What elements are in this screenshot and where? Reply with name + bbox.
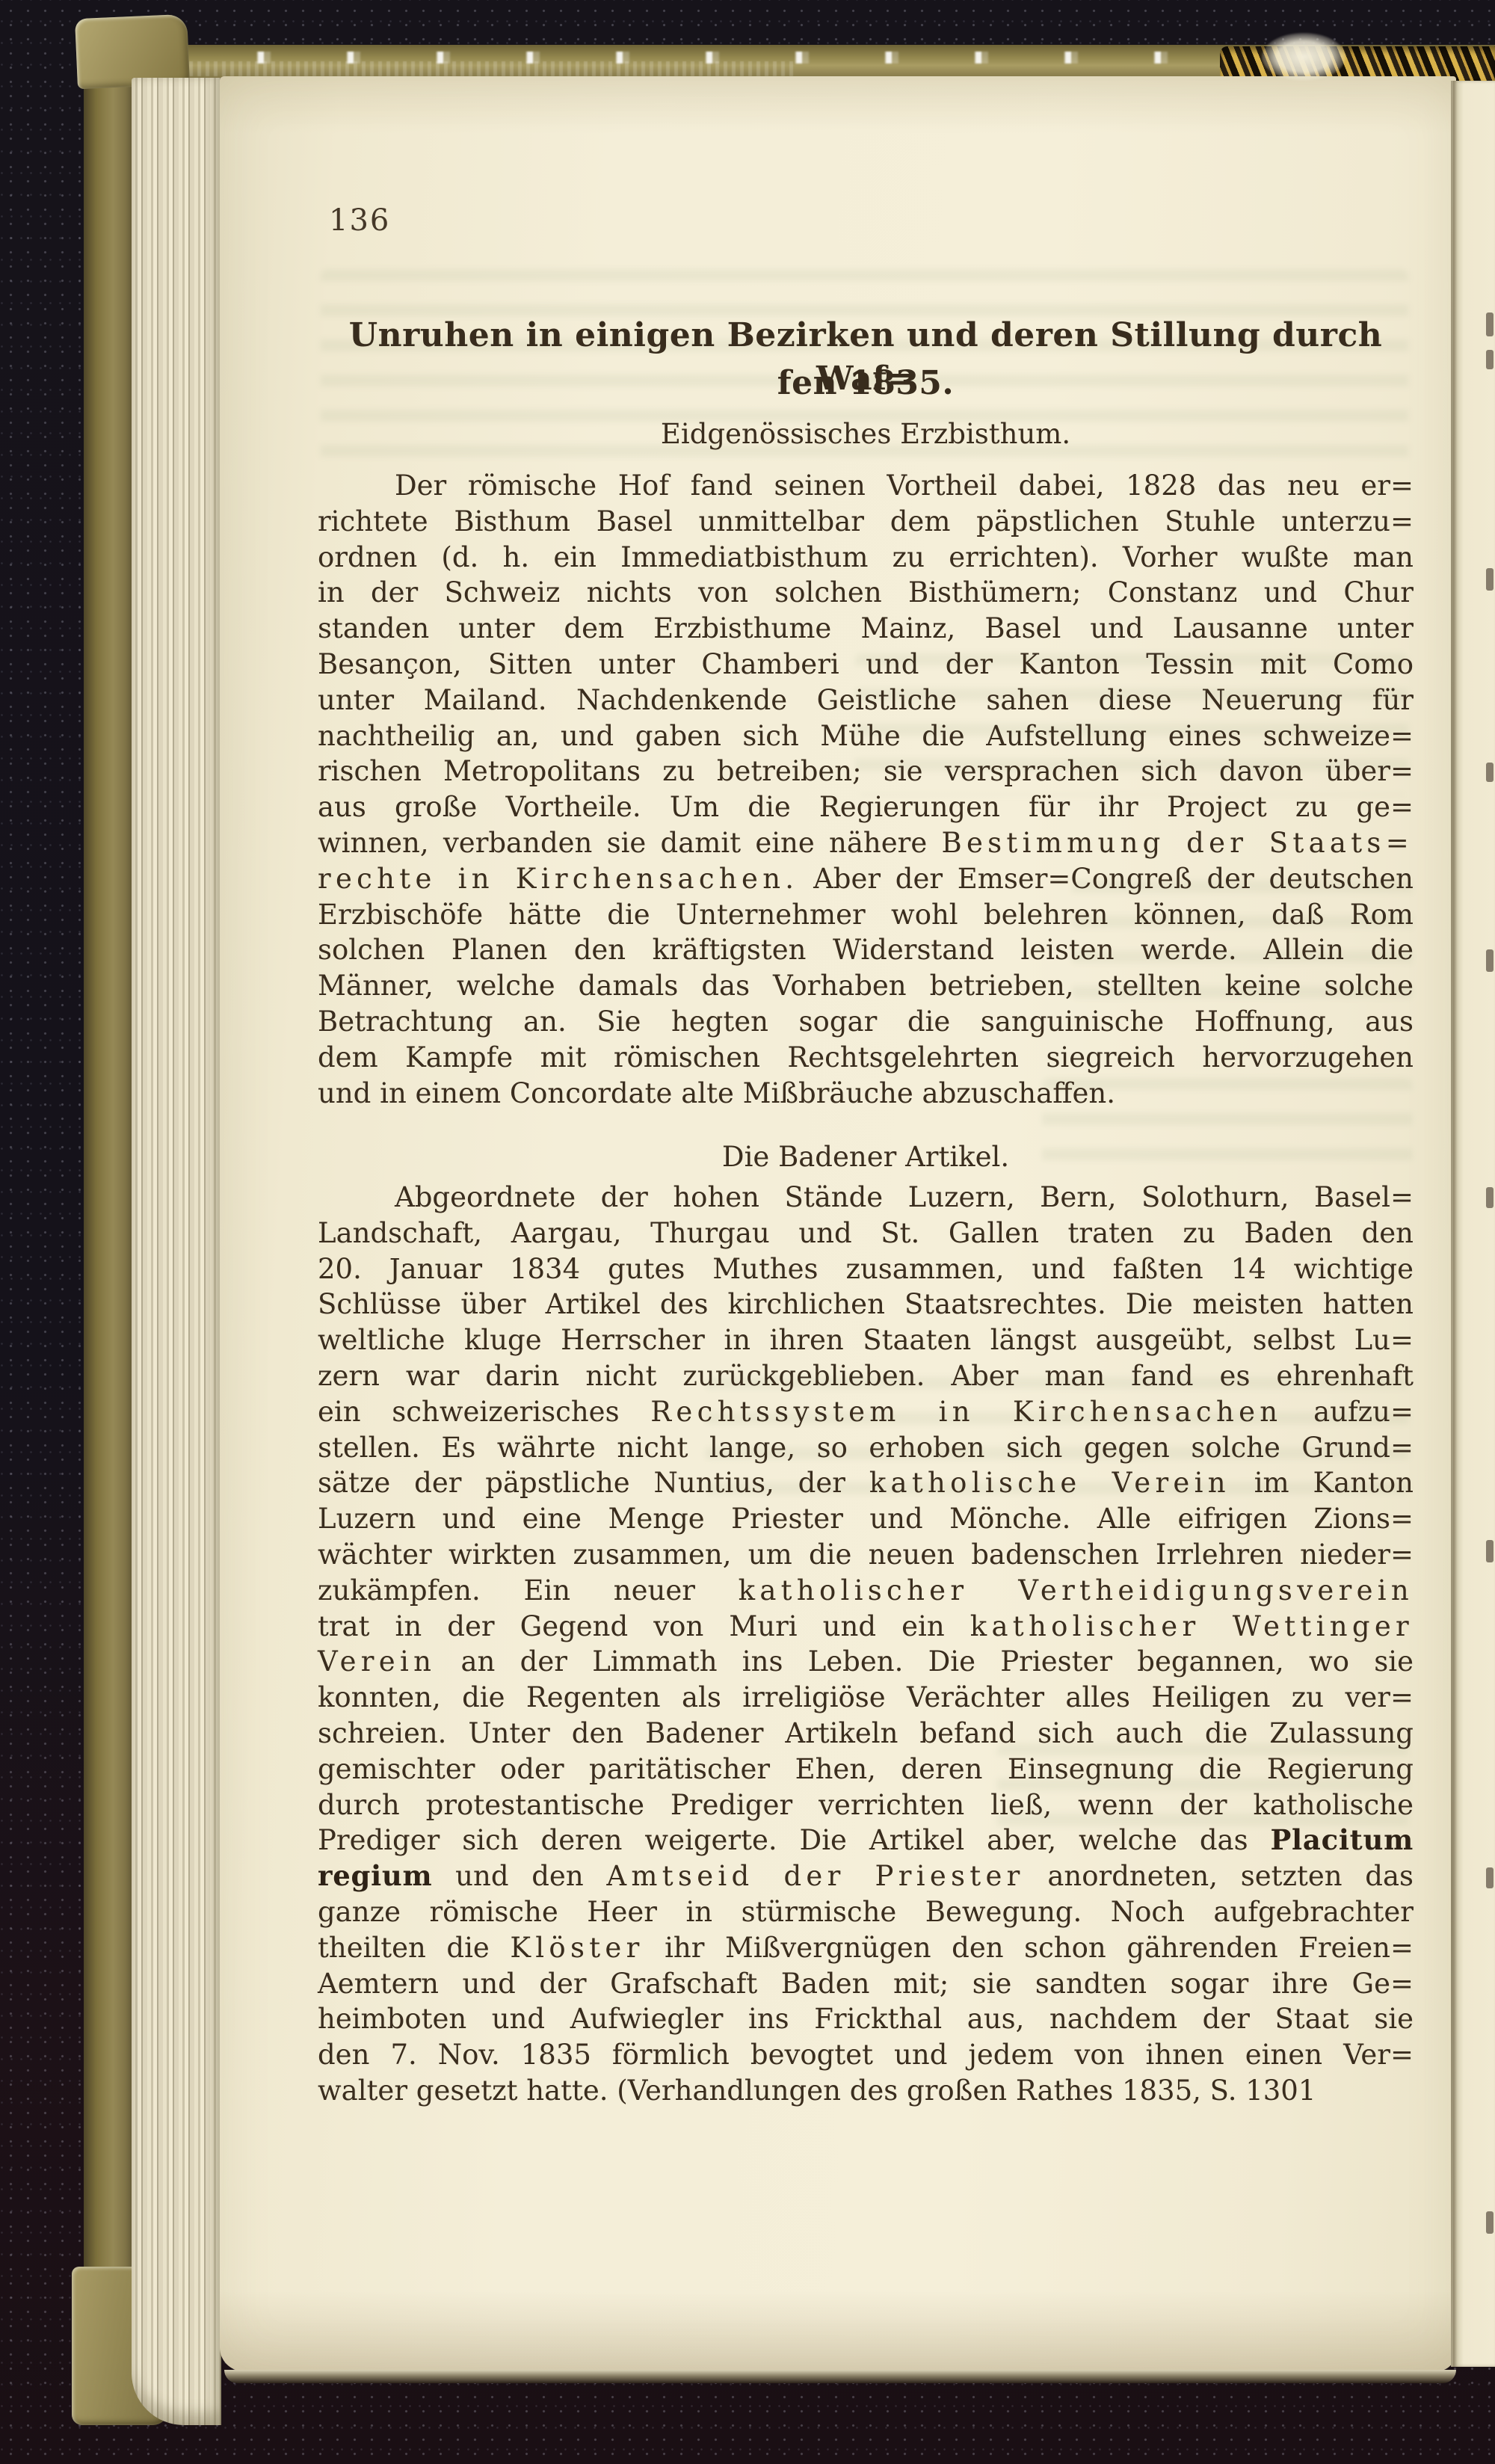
letterspaced-text: katholischer Wettinger — [970, 1610, 1414, 1642]
body-text: nachtheilig an, und gaben sich Mühe die … — [318, 720, 1414, 752]
section-heading-badener-artikel: Die Badener Artikel. — [318, 1140, 1414, 1174]
text-line: solchen Planen den kräftigsten Widerstan… — [318, 932, 1414, 968]
text-line: Abgeordnete der hohen Stände Luzern, Ber… — [318, 1180, 1414, 1216]
text-line: schreien. Unter den Badener Artikeln bef… — [318, 1716, 1414, 1752]
facing-page-text-fragment — [1486, 763, 1494, 782]
body-text: winnen, verbanden sie damit eine nähere — [318, 827, 941, 859]
body-text: Betrachtung an. Sie hegten sogar die san… — [318, 1005, 1414, 1038]
text-line: rischen Metropolitans zu betreiben; sie … — [318, 754, 1414, 789]
body-text: heimboten und Aufwiegler ins Frickthal a… — [318, 2003, 1414, 2035]
page-fold-shadow — [1451, 81, 1453, 2367]
text-line: aus große Vortheile. Um die Regierungen … — [318, 789, 1414, 825]
text-line: walter gesetzt hatte. (Verhandlungen des… — [318, 2073, 1414, 2109]
page-number: 136 — [329, 203, 390, 238]
body-text: rischen Metropolitans zu betreiben; sie … — [318, 755, 1414, 787]
body-text: sätze der päpstliche Nuntius, der — [318, 1467, 869, 1499]
letterspaced-text: Klöster — [510, 1932, 644, 1964]
letterspaced-text: Verein — [318, 1645, 436, 1678]
text-line: konnten, die Regenten als irreligiöse Ve… — [318, 1680, 1414, 1716]
letterspaced-text: katholische Verein — [869, 1467, 1230, 1499]
text-line: Aemtern und der Grafschaft Baden mit; si… — [318, 1966, 1414, 2002]
body-text: Erzbischöfe hätte die Unternehmer wohl b… — [318, 899, 1414, 931]
body-text: schreien. Unter den Badener Artikeln bef… — [318, 1717, 1414, 1749]
text-line: winnen, verbanden sie damit eine nähere … — [318, 825, 1414, 861]
text-line: Erzbischöfe hätte die Unternehmer wohl b… — [318, 897, 1414, 933]
body-text: ein schweizerisches — [318, 1396, 650, 1428]
text-line: in der Schweiz nichts von solchen Bisthü… — [318, 575, 1414, 611]
facing-page-text-fragment — [1486, 949, 1494, 972]
text-line: 20. Januar 1834 gutes Muthes zusammen, u… — [318, 1251, 1414, 1287]
text-line: Luzern und eine Menge Priester und Mönch… — [318, 1501, 1414, 1537]
paragraph-erzbisthum: Der römische Hof fand seinen Vortheil da… — [318, 468, 1414, 1111]
body-text: zukämpfen. Ein neuer — [318, 1574, 739, 1607]
body-text: konnten, die Regenten als irreligiöse Ve… — [318, 1681, 1414, 1713]
text-line: und in einem Concordate alte Mißbräuche … — [318, 1076, 1414, 1112]
body-text: Luzern und eine Menge Priester und Mönch… — [318, 1503, 1414, 1535]
body-text: Landschaft, Aargau, Thurgau und St. Gall… — [318, 1217, 1414, 1249]
body-text: zern war darin nicht zurückgeblieben. Ab… — [318, 1360, 1414, 1392]
body-text: Besançon, Sitten unter Chamberi und der … — [318, 648, 1414, 680]
text-line: stellen. Es währte nicht lange, so erhob… — [318, 1430, 1414, 1466]
text-line: Der römische Hof fand seinen Vortheil da… — [318, 468, 1414, 504]
body-text: 20. Januar 1834 gutes Muthes zusammen, u… — [318, 1253, 1414, 1285]
page-edges-stack — [132, 78, 221, 2425]
text-line: gemischter oder paritätischer Ehen, dere… — [318, 1752, 1414, 1787]
book-page: 136 Unruhen in einigen Bezirken und dere… — [220, 76, 1456, 2371]
body-text: Abgeordnete der hohen Stände Luzern, Ber… — [395, 1181, 1414, 1213]
text-line: theilten die Klöster ihr Mißvergnügen de… — [318, 1930, 1414, 1966]
facing-page-text-fragment — [1486, 2211, 1494, 2234]
body-text: den 7. Nov. 1835 förmlich bevogtet und j… — [318, 2039, 1414, 2071]
facing-page-text-fragment — [1486, 1540, 1494, 1562]
body-text: durch protestantische Prediger verrichte… — [318, 1789, 1414, 1821]
text-line: nachtheilig an, und gaben sich Mühe die … — [318, 718, 1414, 754]
text-line: Verein an der Limmath ins Leben. Die Pri… — [318, 1644, 1414, 1680]
body-text: ordnen (d. h. ein Immediatbisthum zu err… — [318, 541, 1414, 573]
body-text: gemischter oder paritätischer Ehen, dere… — [318, 1753, 1414, 1785]
body-text: theilten die — [318, 1932, 510, 1964]
letterspaced-text: Amtseid der Priester — [606, 1860, 1024, 1892]
text-line: Besançon, Sitten unter Chamberi und der … — [318, 647, 1414, 683]
text-line: Männer, welche damals das Vorhaben betri… — [318, 968, 1414, 1004]
chapter-heading-line2: fen 1835. — [318, 362, 1414, 405]
letterspaced-text: Bestimmung der Staats= — [941, 827, 1414, 859]
book-cover-edge — [84, 19, 133, 2424]
text-line: Landschaft, Aargau, Thurgau und St. Gall… — [318, 1216, 1414, 1251]
section-heading-erzbisthum: Eidgenössisches Erzbisthum. — [318, 417, 1414, 452]
body-text: Schlüsse über Artikel des kirchlichen St… — [318, 1288, 1414, 1320]
facing-page-text-fragment — [1486, 1187, 1494, 1208]
facing-page-sliver — [1453, 81, 1495, 2367]
body-text: Aemtern und der Grafschaft Baden mit; si… — [318, 1968, 1414, 2000]
text-line: sätze der päpstliche Nuntius, der kathol… — [318, 1465, 1414, 1501]
page-bottom-edge — [224, 2370, 1456, 2383]
body-text: anordneten, setzten das — [1025, 1860, 1414, 1892]
text-line: den 7. Nov. 1835 förmlich bevogtet und j… — [318, 2037, 1414, 2073]
bold-latin-text: Placitum — [1271, 1823, 1414, 1856]
letterspaced-text: Rechtssystem in Kirchensachen — [650, 1396, 1282, 1428]
facing-page-text-fragment — [1486, 312, 1494, 336]
text-line: richtete Bisthum Basel unmittelbar dem p… — [318, 504, 1414, 540]
body-text: ganze römische Heer in stürmische Bewegu… — [318, 1896, 1414, 1928]
text-line: ganze römische Heer in stürmische Bewegu… — [318, 1894, 1414, 1930]
letterspaced-text: rechte in Kirchensachen. — [318, 863, 798, 895]
body-text: richtete Bisthum Basel unmittelbar dem p… — [318, 505, 1414, 538]
body-text: in der Schweiz nichts von solchen Bisthü… — [318, 576, 1414, 609]
text-line: ein schweizerisches Rechtssystem in Kirc… — [318, 1394, 1414, 1430]
text-line: Betrachtung an. Sie hegten sogar die san… — [318, 1004, 1414, 1040]
body-text: stellen. Es währte nicht lange, so erhob… — [318, 1432, 1414, 1464]
text-line: trat in der Gegend von Muri und ein kath… — [318, 1609, 1414, 1645]
body-text: walter gesetzt hatte. (Verhandlungen des… — [318, 2075, 1316, 2107]
body-text: weltliche kluge Herrscher in ihren Staat… — [318, 1324, 1414, 1356]
body-text: aus große Vortheile. Um die Regierungen … — [318, 791, 1414, 823]
text-line: zukämpfen. Ein neuer katholischer Verthe… — [318, 1573, 1414, 1609]
body-text: standen unter dem Erzbisthume Mainz, Bas… — [318, 612, 1414, 644]
body-text: dem Kampfe mit römischen Rechtsgelehrten… — [318, 1041, 1414, 1074]
text-line: durch protestantische Prediger verrichte… — [318, 1787, 1414, 1823]
text-line: standen unter dem Erzbisthume Mainz, Bas… — [318, 611, 1414, 647]
text-line: dem Kampfe mit römischen Rechtsgelehrten… — [318, 1040, 1414, 1076]
body-text: trat in der Gegend von Muri und ein — [318, 1610, 970, 1642]
body-text: Aber der Emser=Congreß der deutschen — [798, 863, 1414, 895]
body-text: solchen Planen den kräftigsten Widerstan… — [318, 934, 1414, 966]
facing-page-text-fragment — [1486, 350, 1494, 369]
text-line: weltliche kluge Herrscher in ihren Staat… — [318, 1322, 1414, 1358]
text-line: zern war darin nicht zurückgeblieben. Ab… — [318, 1358, 1414, 1394]
body-text: unter Mailand. Nachdenkende Geistliche s… — [318, 684, 1414, 716]
text-line: Prediger sich deren weigerte. Die Artike… — [318, 1823, 1414, 1858]
facing-page-text-fragment — [1486, 1867, 1494, 1888]
letterspaced-text: katholischer Vertheidigungsverein — [739, 1574, 1414, 1607]
text-line: Schlüsse über Artikel des kirchlichen St… — [318, 1287, 1414, 1322]
bold-latin-text: regium — [318, 1859, 432, 1892]
body-text: Prediger sich deren weigerte. Die Artike… — [318, 1824, 1271, 1856]
text-line: unter Mailand. Nachdenkende Geistliche s… — [318, 683, 1414, 718]
text-line: heimboten und Aufwiegler ins Frickthal a… — [318, 2001, 1414, 2037]
tape-shimmer-texture — [123, 61, 796, 76]
text-line: wächter wirkten zusammen, um die neuen b… — [318, 1537, 1414, 1573]
lint-fuzz — [1262, 33, 1345, 81]
body-text: an der Limmath ins Leben. Die Priester b… — [436, 1645, 1414, 1678]
body-text: aufzu= — [1282, 1396, 1414, 1428]
text-line: rechte in Kirchensachen. Aber der Emser=… — [318, 861, 1414, 897]
body-text: im Kanton — [1230, 1467, 1414, 1499]
facing-page-text-fragment — [1486, 568, 1494, 591]
body-text: Der römische Hof fand seinen Vortheil da… — [395, 469, 1414, 502]
body-text: wächter wirkten zusammen, um die neuen b… — [318, 1539, 1414, 1571]
body-text: Männer, welche damals das Vorhaben betri… — [318, 970, 1414, 1002]
paragraph-badener-artikel: Abgeordnete der hohen Stände Luzern, Ber… — [318, 1180, 1414, 2109]
body-text: und den — [432, 1860, 606, 1892]
body-text: ihr Mißvergnügen den schon gährenden Fre… — [644, 1932, 1414, 1964]
body-text: und in einem Concordate alte Mißbräuche … — [318, 1077, 1115, 1109]
text-line: ordnen (d. h. ein Immediatbisthum zu err… — [318, 540, 1414, 576]
text-line: regium und den Amtseid der Priester anor… — [318, 1858, 1414, 1894]
